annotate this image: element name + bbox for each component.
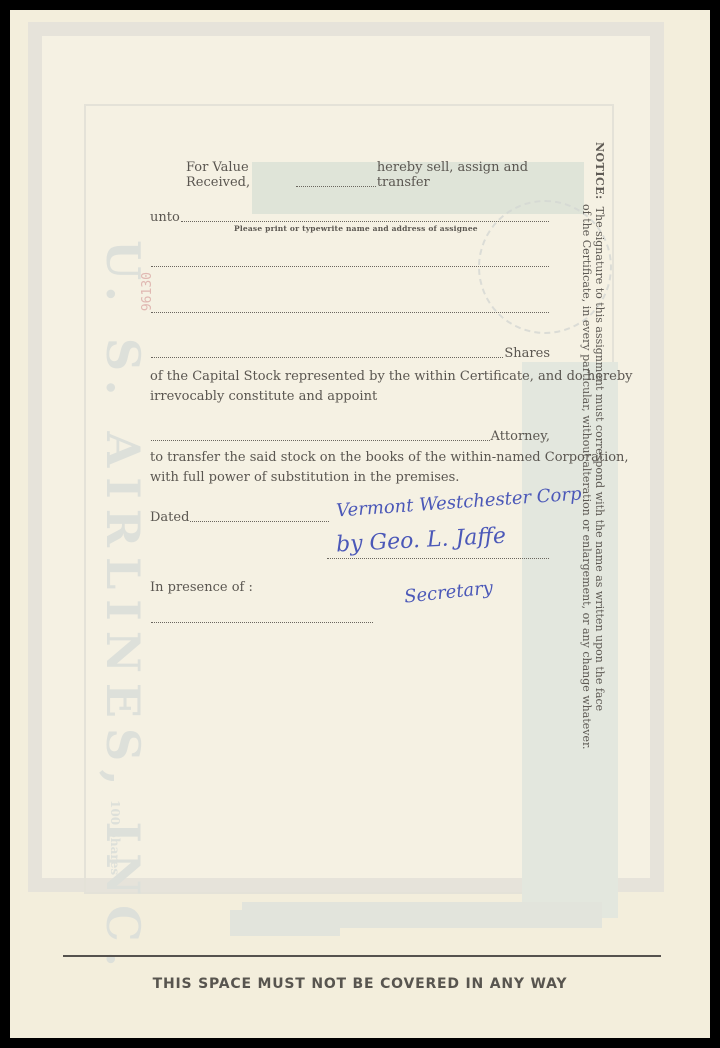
- assignee-hint: Please print or typewrite name and addre…: [234, 224, 478, 233]
- shares-watermark: 100 Shares: [108, 800, 122, 875]
- transfer-text-1: to transfer the said stock on the books …: [150, 450, 629, 465]
- assignee-field[interactable]: [181, 221, 549, 222]
- shares-label: Shares: [504, 346, 550, 361]
- capital-stock-text-1: of the Capital Stock represented by the …: [150, 369, 633, 384]
- shares-field[interactable]: [151, 357, 503, 358]
- presence-label: In presence of :: [150, 580, 253, 595]
- capital-stock-text-2: irrevocably constitute and appoint: [150, 389, 377, 404]
- dated-label: Dated: [150, 510, 189, 525]
- assignee-line-3[interactable]: [150, 302, 550, 316]
- shares-row: Shares: [150, 346, 550, 361]
- witness-line[interactable]: [150, 612, 374, 626]
- transfer-text-2: with full power of substitution in the p…: [150, 470, 459, 485]
- unto-label: unto: [150, 210, 180, 225]
- date-field[interactable]: [190, 521, 329, 522]
- attorney-row: Attorney,: [150, 429, 550, 444]
- attorney-field[interactable]: [151, 440, 490, 441]
- value-field[interactable]: [296, 186, 376, 187]
- attorney-label: Attorney,: [491, 429, 550, 444]
- value-received-row: For Value Received, hereby sell, assign …: [186, 160, 550, 190]
- notice-text: NOTICE: The signature to this assignment…: [580, 142, 606, 652]
- divider-rule: [63, 955, 661, 957]
- notice-line-1: The signature to this assignment must co…: [593, 207, 606, 712]
- assignee-line-2[interactable]: [150, 256, 550, 270]
- company-watermark: U. S. AIRLINES, INC.: [96, 240, 150, 977]
- footer-warning: THIS SPACE MUST NOT BE COVERED IN ANY WA…: [0, 976, 720, 992]
- transfer-label: hereby sell, assign and transfer: [377, 160, 550, 190]
- notice-heading: NOTICE:: [593, 142, 606, 200]
- unto-row: unto: [150, 210, 550, 225]
- for-value-label: For Value Received,: [186, 160, 295, 190]
- dated-row: Dated: [150, 510, 330, 525]
- notice-line-2: of the Certificate, in every particular,…: [580, 142, 593, 652]
- tint-panel-bottom-left: [230, 910, 340, 936]
